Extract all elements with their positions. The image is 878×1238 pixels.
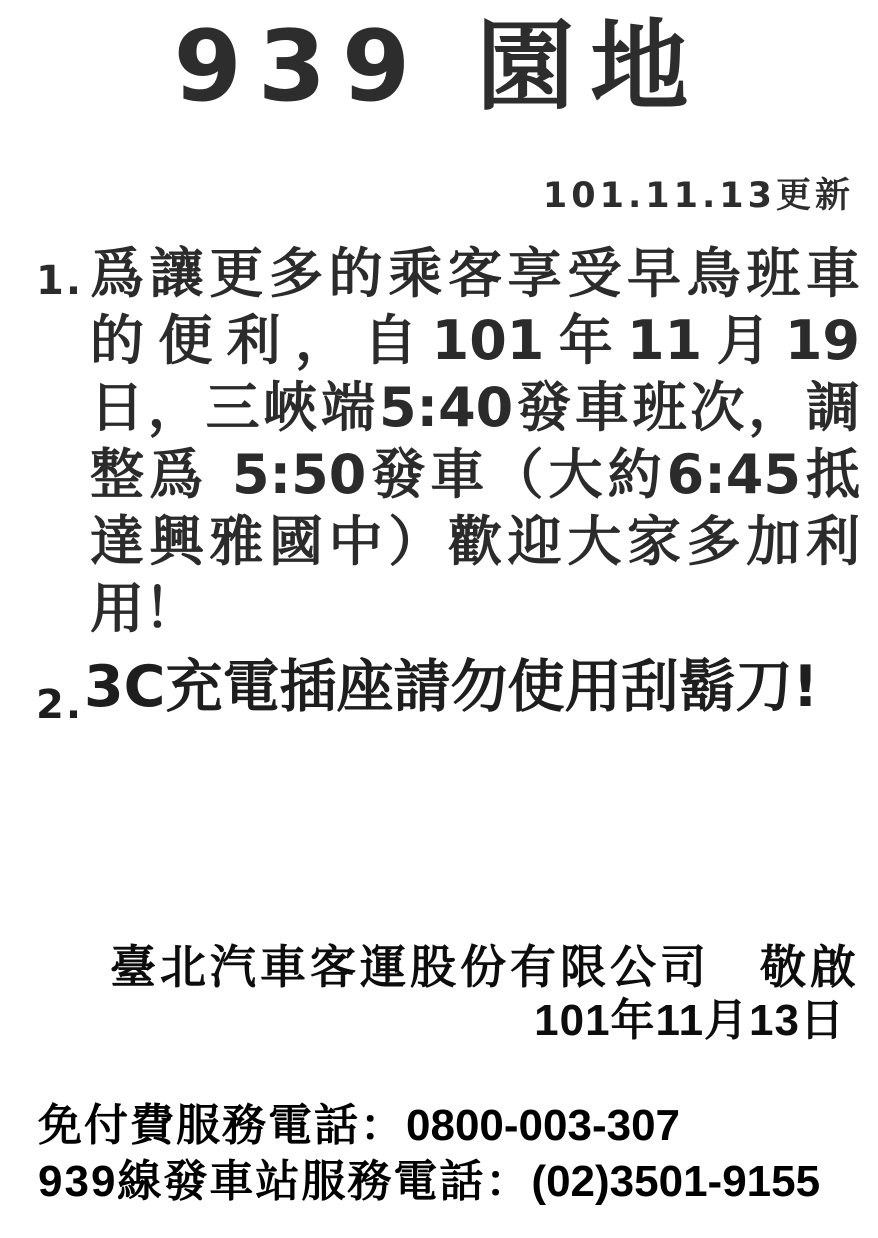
company-name: 臺北汽車客運股份有限公司 敬啟 xyxy=(0,940,878,994)
notice-2-number: 2. xyxy=(36,666,83,744)
footer-contacts: 免付費服務電話：0800-003-307 939線發車站服務電話：(02)350… xyxy=(38,1098,862,1210)
notice-item-2: 2. 3C充電插座請勿使用刮鬍刀! xyxy=(0,648,854,726)
notice-1-line-1: 爲讓更多的乘客享受早鳥班車 xyxy=(90,240,860,307)
tollfree-phone-label: 免付費服務電話： xyxy=(38,1101,406,1150)
tollfree-phone-line: 免付費服務電話：0800-003-307 xyxy=(38,1098,862,1154)
update-date: 101.11.13更新 xyxy=(0,168,854,218)
notice-1-line-2: 的便利，自101年11月19 xyxy=(90,307,860,374)
notice-1-line-4: 整爲 5:50發車（大約6:45抵 xyxy=(90,441,860,508)
notice-page: 939 園地 101.11.13更新 1. 爲讓更多的乘客享受早鳥班車 的便利，… xyxy=(0,0,878,1238)
notice-1-number: 1. xyxy=(36,248,83,315)
station-phone-line: 939線發車站服務電話：(02)3501-9155 xyxy=(38,1154,862,1210)
notice-1-line-6: 用！ xyxy=(90,575,860,642)
signature-date: 101年11月13日 xyxy=(0,996,878,1046)
notice-1-line-3: 日，三峽端5:40發車班次，調 xyxy=(90,374,860,441)
tollfree-phone-number: 0800-003-307 xyxy=(406,1101,680,1150)
station-phone-number: (02)3501-9155 xyxy=(531,1157,820,1206)
signature-block: 臺北汽車客運股份有限公司 敬啟 101年11月13日 xyxy=(0,940,878,1046)
notice-1-line-5: 達興雅國中）歡迎大家多加利 xyxy=(90,508,860,575)
page-title: 939 園地 xyxy=(0,6,878,129)
station-phone-label: 939線發車站服務電話： xyxy=(38,1157,531,1206)
notice-item-1: 1. 爲讓更多的乘客享受早鳥班車 的便利，自101年11月19 日，三峽端5:4… xyxy=(0,240,860,642)
notice-2-text: 3C充電插座請勿使用刮鬍刀! xyxy=(84,648,854,726)
